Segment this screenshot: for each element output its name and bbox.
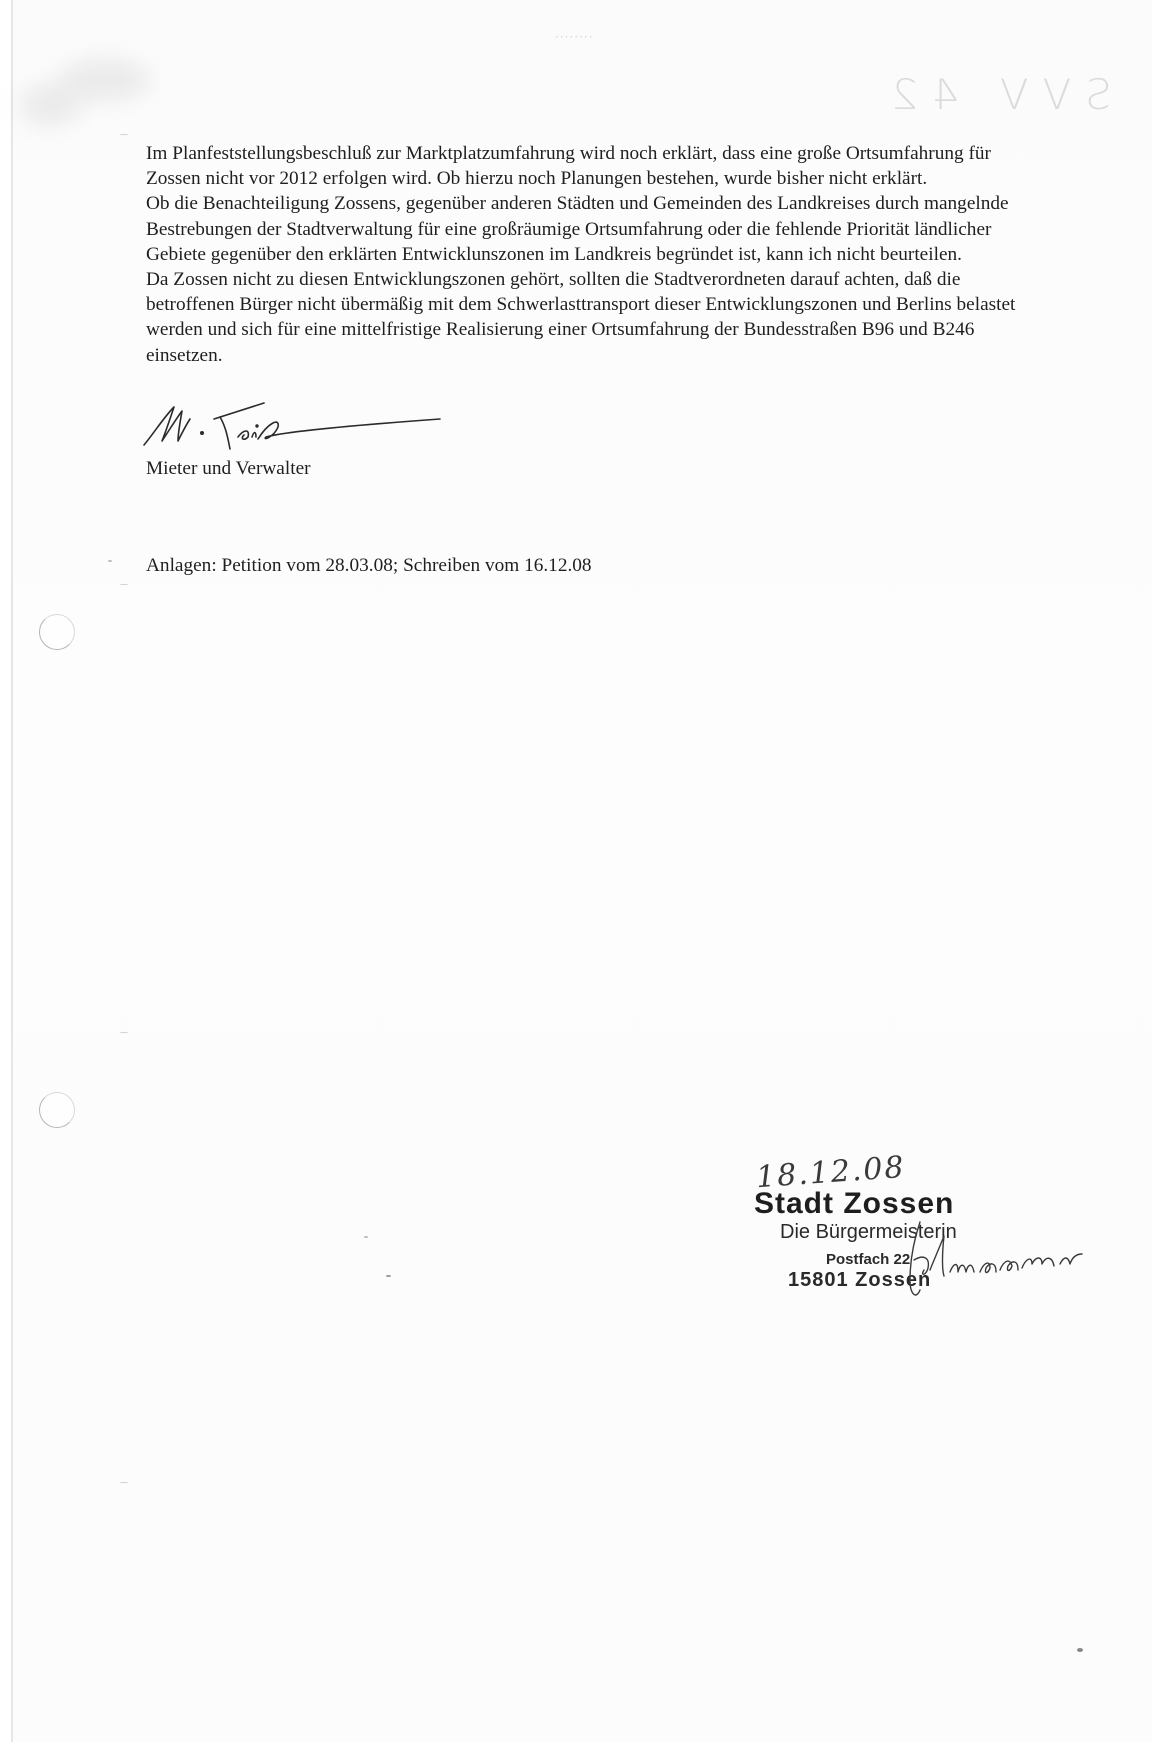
scan-speck [364,1236,368,1238]
body-line: Bestrebungen der Stadtverwaltung für ein… [146,217,1106,242]
handwritten-signature [140,393,460,453]
scan-mark: ⁓ [120,130,132,136]
scan-mark: ⁓ [120,1028,132,1034]
punch-hole [39,1092,75,1128]
scan-edge [11,0,13,1742]
scan-speck [386,1275,391,1277]
stamp-postbox: Postfach 22 [826,1251,910,1268]
scan-mark: ⁓ [120,580,132,586]
body-line: Im Planfeststellungsbeschluß zur Marktpl… [146,141,1106,166]
body-line: Da Zossen nicht zu diesen Entwicklungszo… [146,267,1106,292]
scan-speck [1077,1648,1083,1652]
scan-mark: ⁓ [120,1478,132,1484]
body-line: Gebiete gegenüber den erklärten Entwickl… [146,242,1106,267]
signer-role: Mieter und Verwalter [146,458,311,480]
scan-smudge [20,85,80,125]
bleed-through-header: ········ [555,30,594,44]
body-line: werden und sich für eine mittelfristige … [146,317,1106,342]
punch-hole [39,614,75,650]
bleed-through-text: SVV 42 [877,70,1112,119]
body-line: einsetzen. [146,343,1106,368]
city-stamp: 18.12.08 Stadt Zossen Die Bürgermeisteri… [750,1155,1080,1305]
attachments-line: Anlagen: Petition vom 28.03.08; Schreibe… [146,555,592,577]
body-line: Zossen nicht vor 2012 erfolgen wird. Ob … [146,166,1106,191]
mayor-signature [900,1210,1085,1305]
scan-speck [108,560,112,562]
body-line: Ob die Benachteiligung Zossens, gegenübe… [146,191,1106,216]
body-line: betroffenen Bürger nicht übermäßig mit d… [146,292,1106,317]
letter-body: Im Planfeststellungsbeschluß zur Marktpl… [146,141,1106,368]
